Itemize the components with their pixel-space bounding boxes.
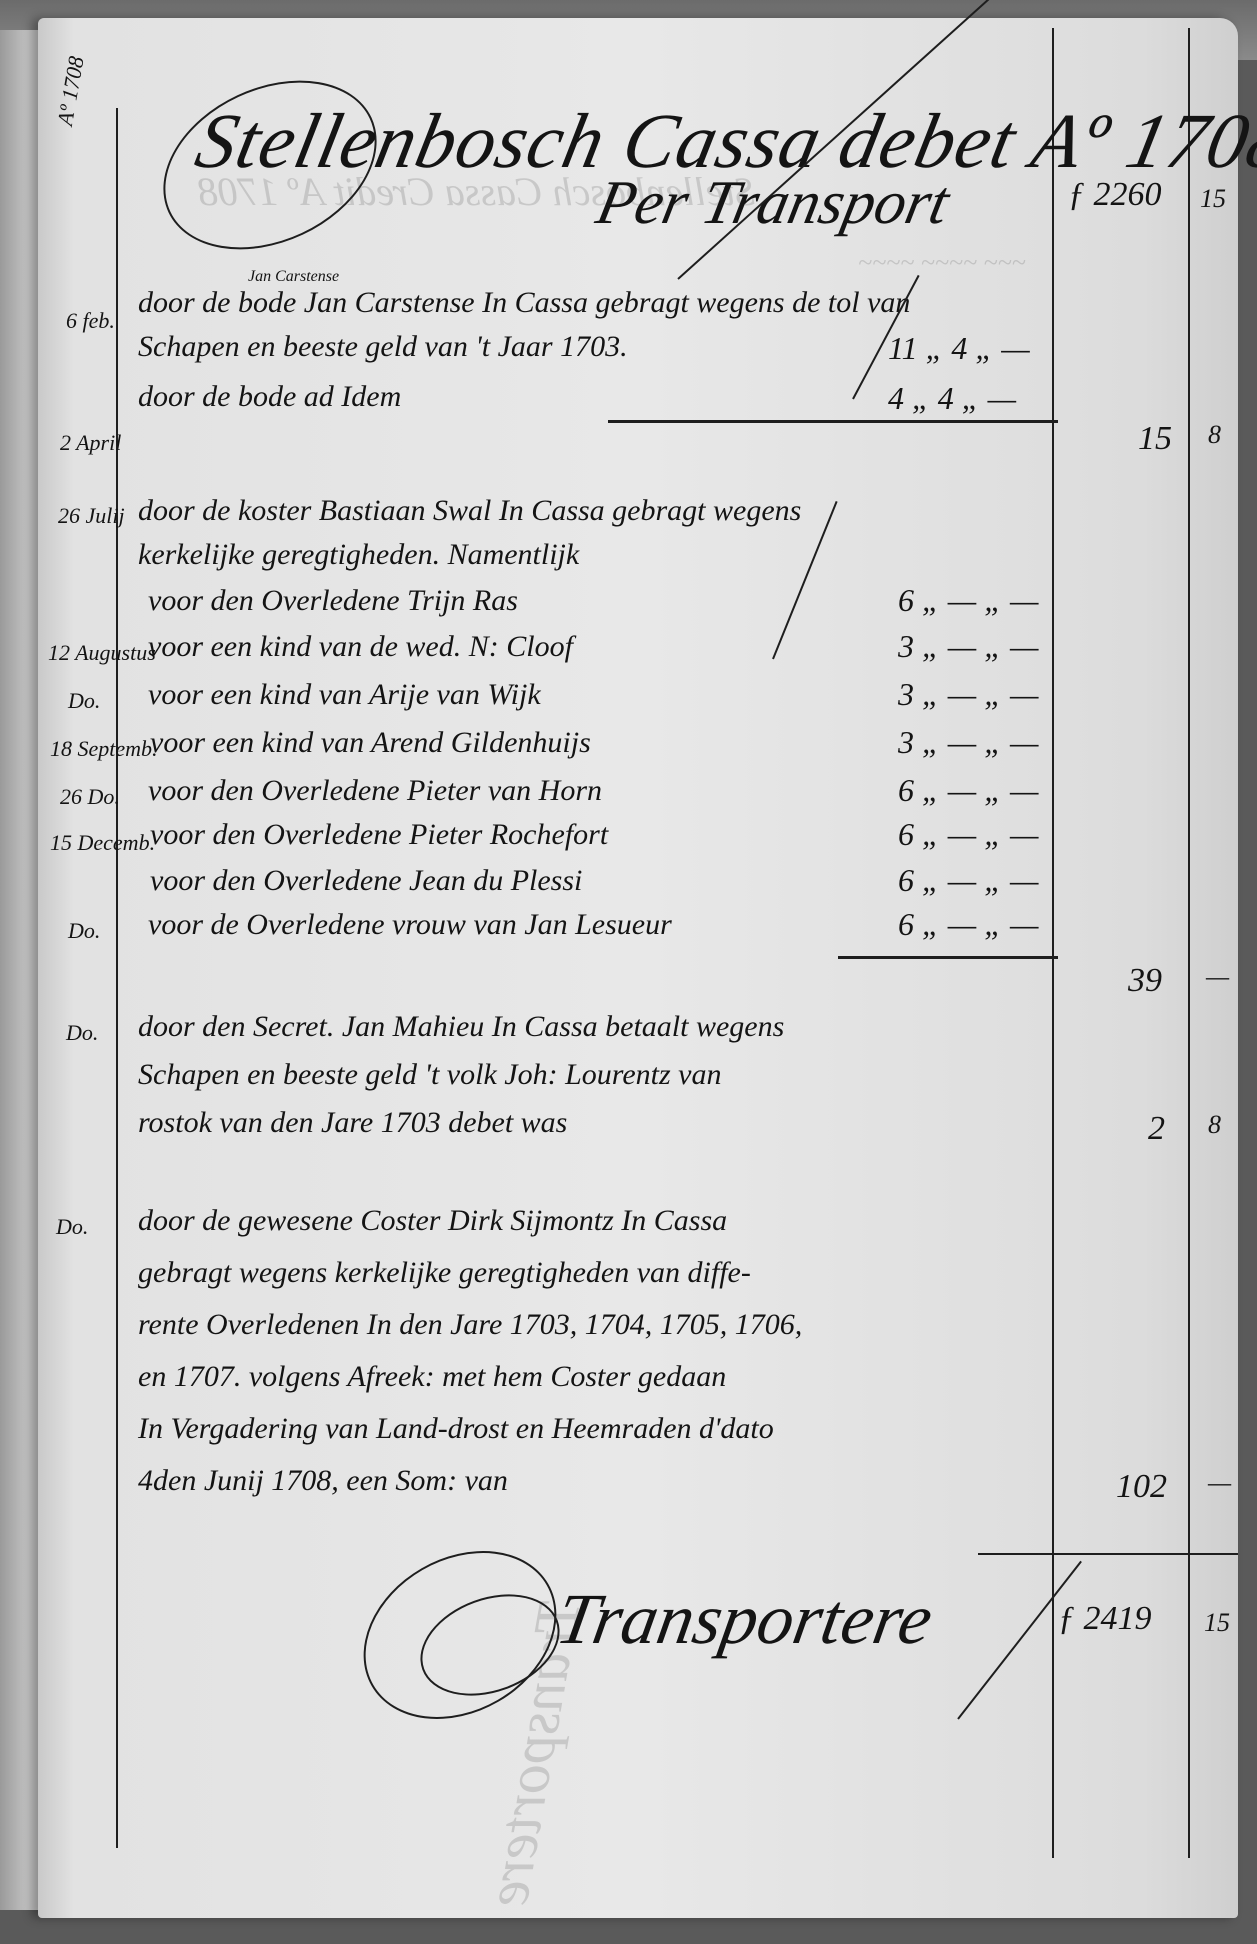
entry-line: Schapen en beeste geld 't volk Joh: Lour…: [138, 1058, 721, 1092]
item-date: Do.: [68, 688, 100, 714]
item-sub-amount: 6 „ — „ —: [898, 906, 1039, 943]
carried-forward-amount: ƒ 2419: [1058, 1600, 1152, 1638]
entry-line: 4den Junij 1708, een Som: van: [138, 1464, 508, 1498]
entry-total: 102: [1116, 1468, 1167, 1506]
entry-line: In Vergadering van Land-drost en Heemrad…: [138, 1412, 774, 1446]
entry-line: door de gewesene Coster Dirk Sijmontz In…: [138, 1204, 727, 1238]
item-line: voor den Overledene Trijn Ras: [148, 584, 518, 618]
subtotal-rule: [838, 956, 1058, 959]
carried-amount: ƒ 2260: [1068, 176, 1162, 214]
item-sub-amount: 3 „ — „ —: [898, 676, 1039, 713]
item-line: voor den Overledene Pieter Rochefort: [150, 818, 608, 852]
entry-total-sub: 8: [1208, 420, 1221, 450]
bleed-through-text: ~~~~ ~~~~ ~~~: [858, 248, 1026, 278]
item-date: 15 Decemb.: [50, 830, 155, 856]
entry-date: Do.: [56, 1214, 88, 1240]
item-sub-amount: 6 „ — „ —: [898, 862, 1039, 899]
item-line: voor een kind van Arend Gildenhuijs: [150, 726, 591, 760]
item-line: voor de Overledene vrouw van Jan Lesueur: [148, 908, 672, 942]
item-sub-amount: 3 „ — „ —: [898, 724, 1039, 761]
interlinear-annotation: Jan Carstense: [248, 268, 339, 286]
entry-total: 2: [1148, 1110, 1165, 1148]
margin-year: Aº 1708: [52, 54, 90, 127]
entry-line: door de bode ad Idem: [138, 380, 401, 414]
transport-label: Transportere: [551, 1578, 939, 1661]
entry-total-sub: —: [1208, 1468, 1231, 1498]
amount-column-rule: [1052, 28, 1054, 1858]
entry-line: rostok van den Jare 1703 debet was: [138, 1106, 567, 1140]
carried-sub-amount: 15: [1200, 184, 1226, 214]
ledger-page: Stellenbosch Cassa Credit Aº 1708 ~~~~ ~…: [38, 18, 1238, 1918]
entry-line: rente Overledenen In den Jare 1703, 1704…: [138, 1308, 802, 1342]
entry-date: Do.: [66, 1020, 98, 1046]
item-date: Do.: [68, 918, 100, 944]
margin-rule: [116, 108, 118, 1848]
entry-line: kerkelijke geregtigheden. Namentlijk: [138, 538, 579, 572]
item-sub-amount: 3 „ — „ —: [898, 628, 1039, 665]
entry-line: door de koster Bastiaan Swal In Cassa ge…: [138, 494, 801, 528]
entry-total: 15: [1138, 420, 1172, 458]
item-line: voor den Overledene Pieter van Horn: [148, 774, 602, 808]
item-date: 26 Do.: [60, 784, 120, 810]
entry-total-sub: —: [1206, 962, 1229, 992]
item-line: voor een kind van de wed. N: Cloof: [148, 630, 573, 664]
entry-date: 6 feb.: [66, 308, 115, 334]
entry-total-sub: 8: [1208, 1110, 1221, 1140]
entry-date: 2 April: [60, 430, 121, 456]
item-sub-amount: 6 „ — „ —: [898, 816, 1039, 853]
item-line: voor den Overledene Jean du Plessi: [150, 864, 582, 898]
item-date: 18 Septemb.: [50, 736, 158, 762]
entry-line: gebragt wegens kerkelijke geregtigheden …: [138, 1256, 751, 1290]
entry-date: 26 Julij: [58, 503, 125, 529]
entry-line: door den Secret. Jan Mahieu In Cassa bet…: [138, 1010, 784, 1044]
entry-total: 39: [1128, 962, 1162, 1000]
item-sub-amount: 6 „ — „ —: [898, 772, 1039, 809]
sub-amount-column-rule: [1188, 28, 1190, 1858]
transport-flourish: [957, 1561, 1082, 1720]
page-stack-edge: [0, 30, 40, 1910]
entry-line: en 1707. volgens Afreek: met hem Coster …: [138, 1360, 726, 1394]
total-rule: [978, 1553, 1238, 1555]
entry-sub-amount: 11 „ 4 „ —: [888, 330, 1030, 367]
item-line: voor een kind van Arije van Wijk: [148, 678, 541, 712]
subtotal-rule: [608, 420, 1058, 423]
carried-forward-sub: 15: [1204, 1608, 1230, 1638]
item-date: 12 Augustus: [48, 640, 156, 666]
entry-sub-amount: 4 „ 4 „ —: [888, 380, 1016, 417]
entry-line: Schapen en beeste geld van 't Jaar 1703.: [138, 330, 628, 364]
item-sub-amount: 6 „ — „ —: [898, 582, 1039, 619]
entry-line: door de bode Jan Carstense In Cassa gebr…: [138, 286, 910, 320]
page-subtitle: Per Transport: [590, 168, 955, 239]
